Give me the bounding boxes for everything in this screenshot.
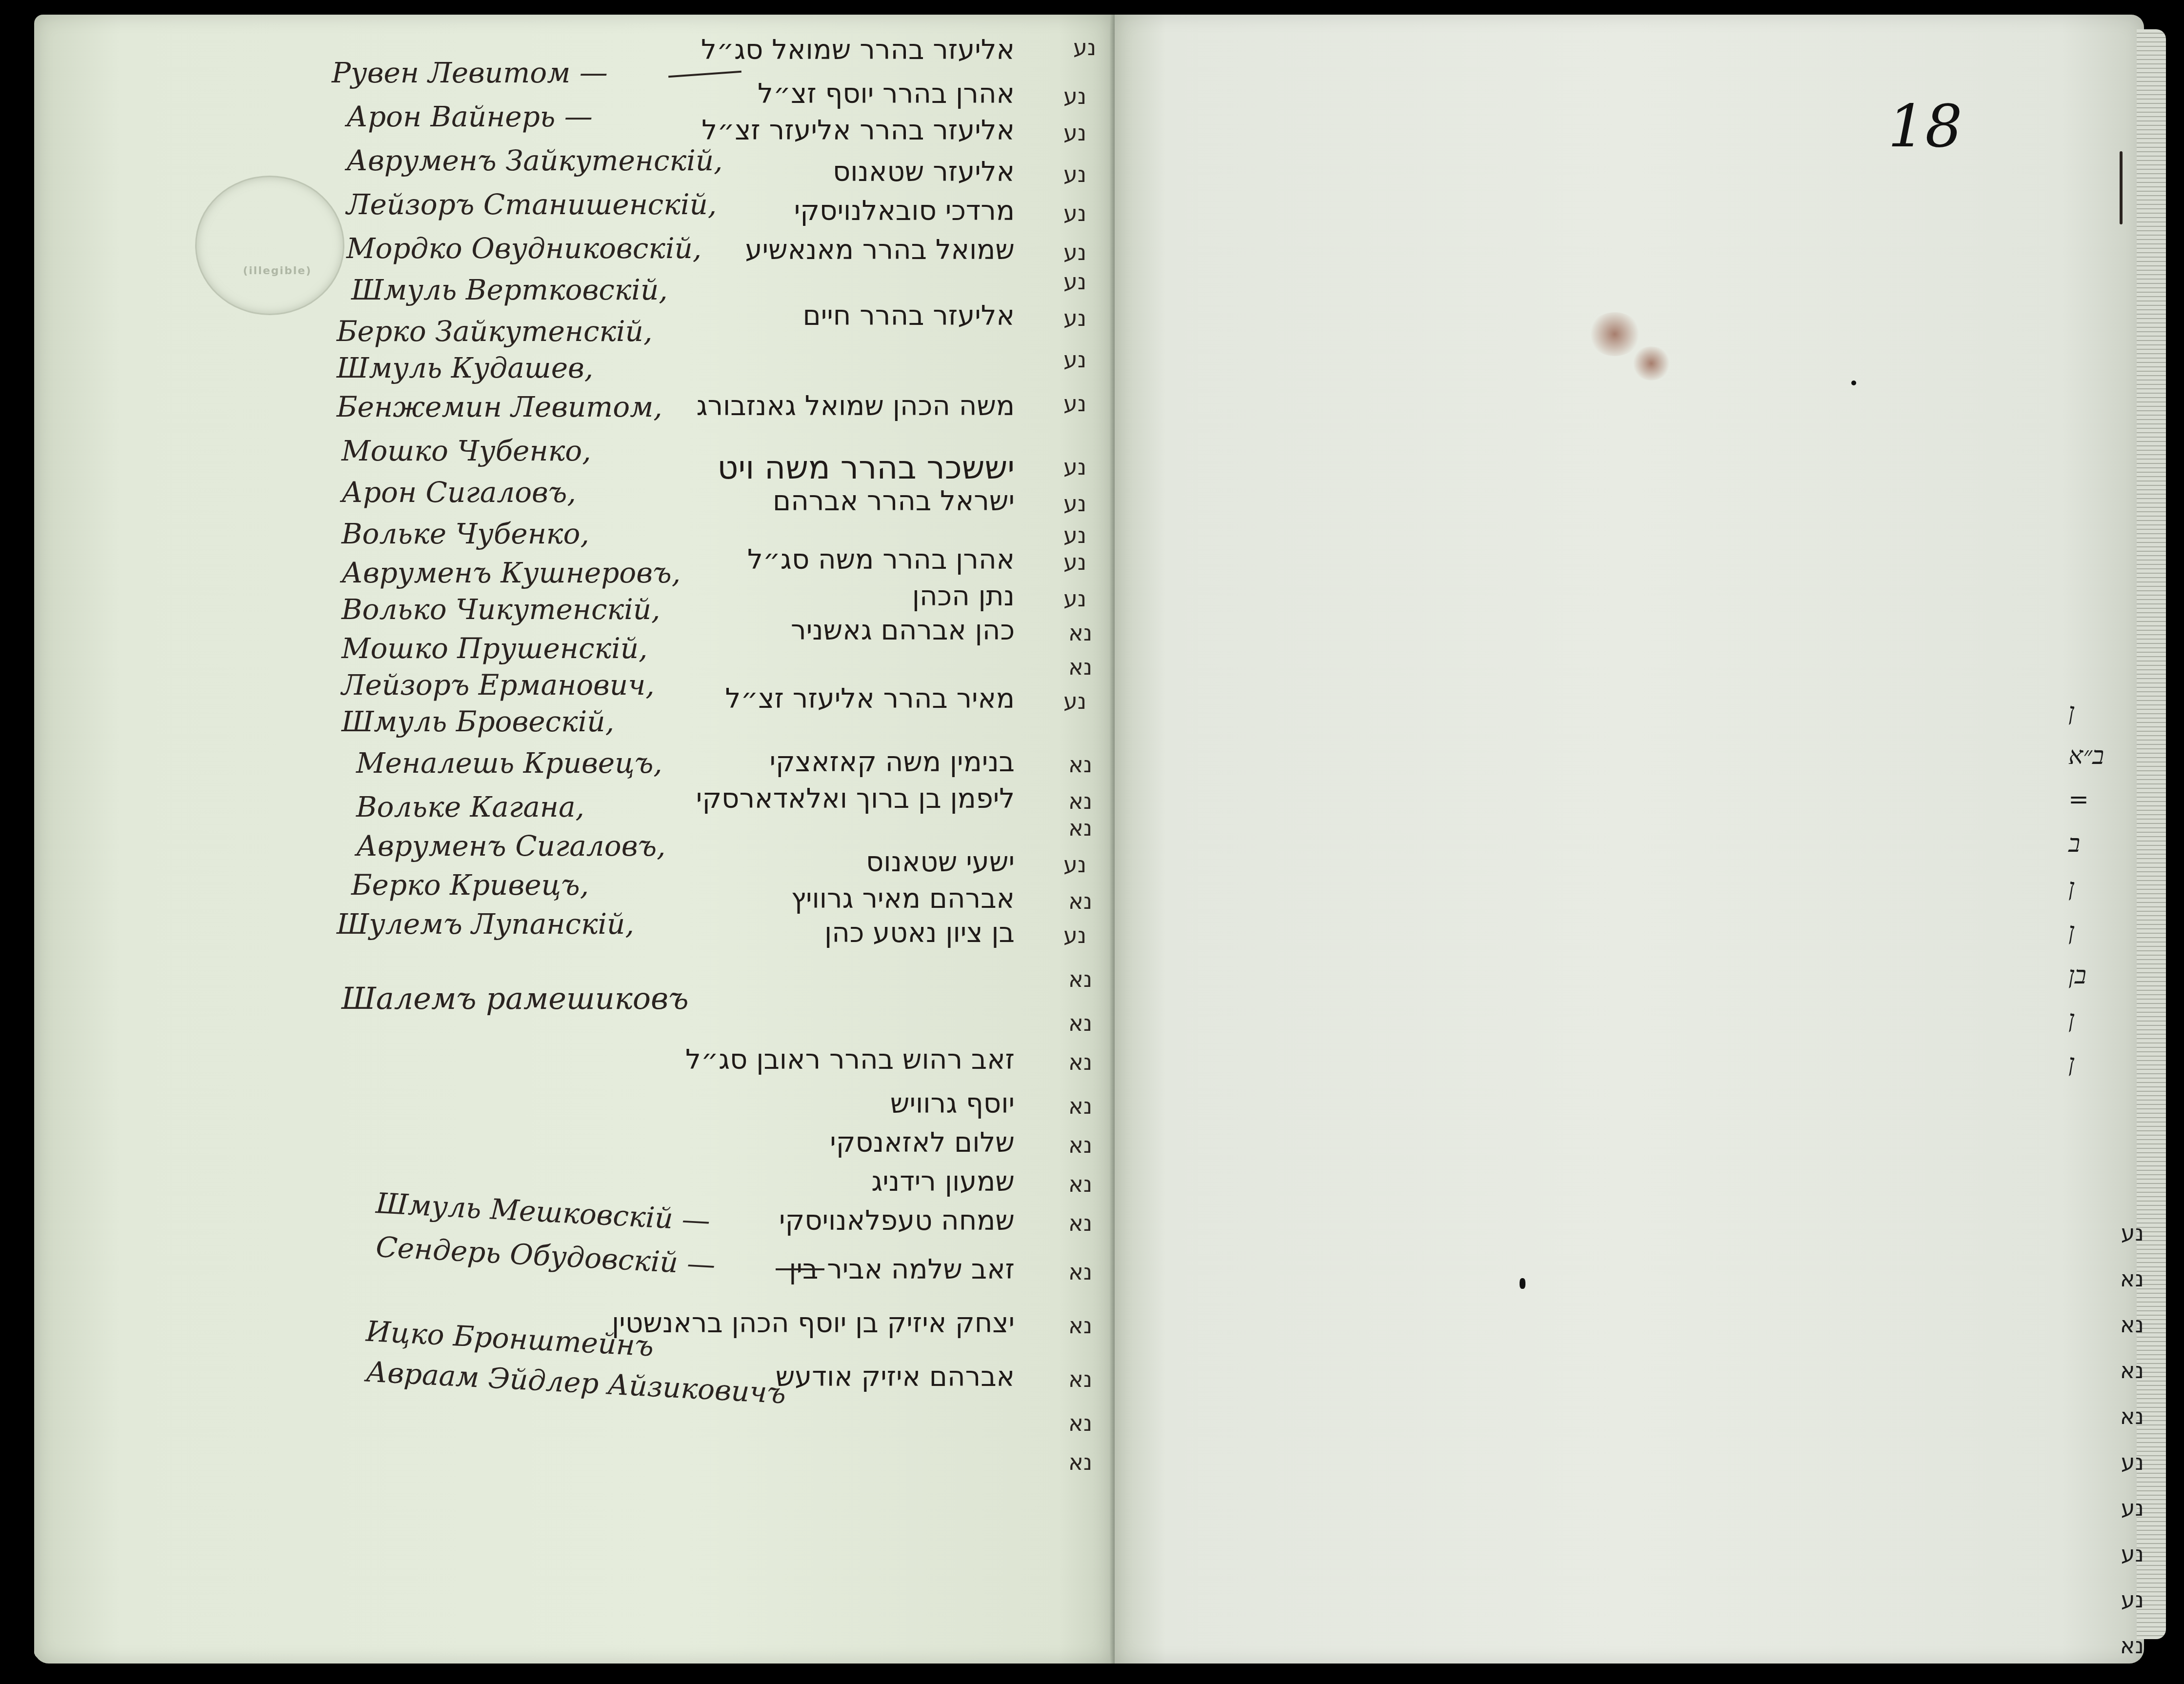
hebrew-line: יצחק איזיק בן יוסף הכהן בראנשטין (612, 1307, 1015, 1339)
hebrew-line: יוסף גרוויש (890, 1088, 1015, 1120)
hebrew-prefix: נא (1068, 1312, 1092, 1339)
hebrew-prefix: נא (1068, 1449, 1092, 1475)
hebrew-prefix: נא (1068, 620, 1092, 646)
hebrew-prefix: נע (1063, 120, 1086, 146)
cyrillic-line: Шмуль Бровескій, (341, 705, 614, 738)
margin-mark: ן (2068, 1049, 2142, 1093)
seal-text: (illegible) (243, 265, 312, 277)
hebrew-line: שמואל בהרר מאנאשיע (745, 234, 1015, 266)
hebrew-prefix: נע (1063, 239, 1086, 265)
hebrew-line: מרדכי סובאלנויסקי (794, 195, 1015, 227)
ink-stain (1632, 346, 1671, 381)
hebrew-line: שלום לאזאנסקי (830, 1127, 1015, 1159)
cyrillic-line: Берко Зайкутенскій, (337, 315, 652, 348)
ink-bracket (2120, 151, 2123, 224)
hebrew-prefix: נע (1063, 200, 1086, 226)
margin-hebrew-mark: נע (2076, 1220, 2144, 1265)
hebrew-prefix: נע (1063, 83, 1086, 109)
cyrillic-line: Арон Сигаловъ, (341, 476, 576, 509)
margin-hebrew-mark: נא (2076, 1265, 2144, 1311)
book-spread: (illegible) Рувен Левитом — Арон Вайнерь… (34, 15, 2146, 1673)
hebrew-prefix: נע (1063, 390, 1086, 417)
cyrillic-footer: Шалемъ рамешиковъ (341, 981, 689, 1016)
hebrew-prefix: נא (1068, 751, 1092, 778)
cyrillic-line: Авруменъ Зайкутенскій, (346, 144, 723, 177)
hebrew-line: יששכר בהרר משה ויט (718, 449, 1015, 486)
hebrew-prefix: נא (1068, 1366, 1092, 1392)
hebrew-prefix: נא (1068, 1410, 1092, 1436)
hebrew-prefix: נע (1063, 346, 1086, 373)
hebrew-prefix: נא (1068, 1049, 1092, 1075)
cyrillic-line: Авруменъ Сигаловъ, (356, 829, 666, 862)
hebrew-line: אליעזר שטאנוס (833, 156, 1015, 188)
right-margin-marks: ן ב״א = ב ן ן בן ן ן (2068, 698, 2142, 1093)
note-line: Ицко Бронштейнъ (365, 1315, 655, 1363)
hebrew-line: בן ציון נאטע כהן (824, 917, 1015, 949)
ink-dash (776, 1268, 824, 1270)
cyrillic-line: Бенжемин Левитом, (337, 390, 662, 423)
cyrillic-line: Авруменъ Кушнеровъ, (341, 556, 681, 589)
margin-mark: ב״א (2068, 742, 2142, 785)
hebrew-line: ישעי שטאנוס (866, 846, 1015, 878)
right-page (1115, 15, 2144, 1664)
margin-hebrew-mark: נע (2076, 1495, 2144, 1541)
margin-mark: ן (2068, 873, 2142, 917)
margin-mark: ן (2068, 917, 2142, 961)
folio-number: 18 (1888, 93, 1963, 160)
hebrew-line: בנימין משה קאזאצקי (770, 746, 1015, 778)
hebrew-line: אליעזר בהרר חיים (803, 300, 1015, 332)
hebrew-prefix: נע (1063, 585, 1086, 612)
cyrillic-line: Лейзоръ Станишенскій, (346, 188, 717, 221)
cyrillic-line: Мошко Чубенко, (341, 434, 591, 467)
ink-dash (668, 71, 741, 78)
hebrew-line: שמחה טעפלאנויסקי (779, 1205, 1015, 1237)
hebrew-line: אהרן בהרר משה סג״ל (747, 544, 1015, 576)
hebrew-prefix: נע (1063, 851, 1086, 878)
embossed-seal: (illegible) (195, 176, 344, 315)
right-margin-hebrew: נע נא נא נא נא נע נע נע נע נא (2076, 1220, 2144, 1678)
cyrillic-line: Шмуль Кудашев, (337, 351, 593, 384)
hebrew-line: אליעזר בהרר אליעזר זצ״ל (701, 115, 1015, 146)
cyrillic-line: Арон Вайнерь — (346, 100, 593, 133)
hebrew-prefix: נא (1068, 1259, 1092, 1285)
cyrillic-line: Вольке Кагана, (356, 790, 584, 823)
margin-hebrew-mark: נא (2076, 1632, 2144, 1678)
cyrillic-line: Волько Чикутенскій, (341, 593, 661, 626)
hebrew-prefix: נע (1073, 34, 1096, 60)
hebrew-prefix: נע (1063, 522, 1086, 548)
hebrew-line: שמעון רידניג (871, 1166, 1015, 1198)
hebrew-prefix: נא (1068, 966, 1092, 992)
hebrew-prefix: נא (1068, 654, 1092, 680)
note-line: Сендерь Обудовскій — (375, 1230, 716, 1281)
hebrew-line: ליפמן בן ברוך ואלאדארסקי (696, 783, 1015, 815)
hebrew-prefix: נע (1063, 549, 1086, 575)
margin-hebrew-mark: נא (2076, 1311, 2144, 1357)
hebrew-line: משה הכהן שמואל גאנזבורג (696, 390, 1015, 422)
hebrew-prefix: נע (1063, 161, 1086, 187)
hebrew-line: כהן אברהם גאשניר (791, 615, 1015, 646)
hebrew-prefix: נא (1068, 815, 1092, 841)
margin-mark: ן (2068, 1005, 2142, 1049)
hebrew-line: אהרן בהרר יוסף זצ״ל (758, 78, 1015, 110)
note-line: Авраам Эйдлер Айзиковичъ (365, 1355, 787, 1410)
ink-dot (1851, 381, 1856, 385)
hebrew-prefix: נא (1068, 888, 1092, 914)
hebrew-line: נתן הכהן (912, 581, 1015, 612)
cyrillic-line: Меналешь Кривецъ, (356, 746, 662, 780)
note-line: Шмуль Мешковскій — (375, 1186, 711, 1237)
margin-hebrew-mark: נא (2076, 1403, 2144, 1449)
margin-hebrew-mark: נע (2076, 1449, 2144, 1495)
hebrew-line: אליעזר בהרר שמואל סג״ל (701, 34, 1015, 66)
margin-mark: ן (2068, 698, 2142, 742)
hebrew-line: ישראל בהרר אברהם (773, 485, 1015, 517)
cyrillic-line: Мошко Прушенскій, (341, 632, 648, 665)
cyrillic-line: Вольке Чубенко, (341, 517, 589, 550)
hebrew-prefix: נא (1068, 1010, 1092, 1036)
hebrew-prefix: נא (1068, 1093, 1092, 1119)
ink-stain (1588, 312, 1642, 356)
hebrew-prefix: נע (1063, 454, 1086, 480)
hebrew-line: אברהם מאיר גרוויץ (791, 883, 1015, 915)
margin-mark: ב (2068, 829, 2142, 873)
margin-hebrew-mark: נע (2076, 1541, 2144, 1586)
cyrillic-line: Рувен Левитом — (332, 56, 608, 89)
hebrew-prefix: נא (1068, 1210, 1092, 1236)
margin-hebrew-mark: נע (2076, 1586, 2144, 1632)
cyrillic-line: Шмуль Вертковскій, (351, 273, 668, 306)
hebrew-line: זאב רהוש בהרר ראובן סג״ל (685, 1044, 1015, 1076)
cyrillic-line: Шулемъ Лупанскій, (337, 907, 634, 941)
hebrew-prefix: נא (1068, 788, 1092, 814)
cyrillic-line: Берко Кривецъ, (351, 868, 589, 902)
ink-dot (1520, 1278, 1525, 1289)
margin-mark: = (2068, 785, 2142, 829)
hebrew-prefix: נע (1063, 305, 1086, 331)
cyrillic-line: Мордко Овудниковскій, (346, 232, 701, 265)
hebrew-prefix: נא (1068, 1132, 1092, 1158)
hebrew-prefix: נע (1063, 688, 1086, 714)
hebrew-prefix: נא (1068, 1171, 1092, 1197)
hebrew-prefix: נע (1063, 268, 1086, 295)
cyrillic-line: Лейзоръ Ерманович, (341, 668, 655, 702)
hebrew-prefix: נע (1063, 922, 1086, 948)
hebrew-line: מאיר בהרר אליעזר זצ״ל (725, 683, 1015, 715)
hebrew-prefix: נע (1063, 490, 1086, 517)
margin-mark: בן (2068, 961, 2142, 1005)
left-page: (illegible) Рувен Левитом — Арон Вайнерь… (34, 15, 1112, 1664)
margin-hebrew-mark: נא (2076, 1357, 2144, 1403)
hebrew-line: אברהם איזיק אודעש (776, 1361, 1015, 1393)
